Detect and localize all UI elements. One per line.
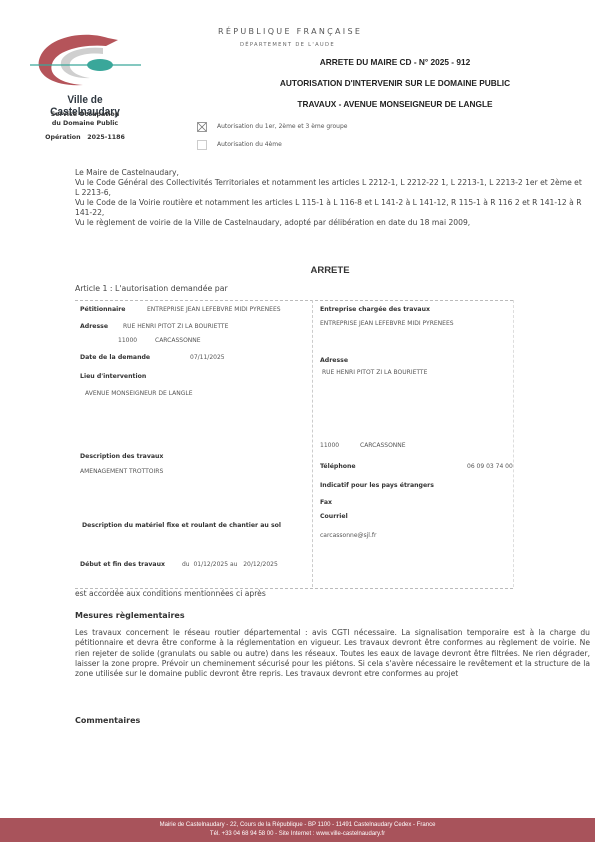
intl-code-label: Indicatif pour les pays étrangers	[320, 482, 434, 489]
contractor-city: CARCASSONNE	[360, 442, 406, 449]
works-dates-label: Début et fin des travaux	[80, 561, 165, 568]
location-value: AVENUE MONSEIGNEUR DE LANGLE	[85, 390, 193, 397]
works-description-label: Description des travaux	[80, 453, 163, 460]
preamble: Le Maire de Castelnaudary, Vu le Code Gé…	[75, 168, 585, 228]
page-footer: Mairie de Castelnaudary - 22, Cours de l…	[0, 818, 595, 842]
regulations-heading: Mesures règlementaires	[75, 611, 185, 620]
department-heading: DÉPARTEMENT DE L'AUDE	[240, 42, 335, 48]
email-label: Courriel	[320, 513, 348, 520]
works-description-value: AMENAGEMENT TROTTOIRS	[80, 468, 163, 475]
arrete-heading: ARRETE	[0, 265, 595, 276]
operation-label: Opération	[45, 134, 80, 141]
contractor-value: ENTREPRISE JEAN LEFEBVRE MIDI PYRENEES	[320, 320, 454, 327]
service-line-2: du Domaine Public	[30, 119, 140, 128]
dates-to-prefix: au	[230, 561, 237, 568]
comments-heading: Commentaires	[75, 716, 140, 725]
petitioner-address-value: RUE HENRI PITOT ZI LA BOURIETTE	[123, 323, 228, 330]
preamble-line: Le Maire de Castelnaudary,	[75, 168, 585, 178]
column-divider	[312, 300, 313, 587]
petitioner-postal-code: 11000	[118, 337, 137, 344]
right-border	[513, 300, 514, 587]
decree-title: ARRETE DU MAIRE CD - N° 2025 - 912	[210, 57, 580, 67]
checkbox-group-1-3[interactable]	[197, 122, 207, 132]
preamble-line: Vu le règlement de voirie de la Ville de…	[75, 218, 585, 228]
petitioner-value: ENTREPRISE JEAN LEFEBVRE MIDI PYRENEES	[147, 306, 281, 313]
petitioner-city: CARCASSONNE	[155, 337, 201, 344]
decree-works-title: TRAVAUX - AVENUE MONSEIGNEUR DE LANGLE	[210, 99, 580, 109]
email-value: carcassonne@sjl.fr	[320, 532, 376, 539]
dates-from-prefix: du	[182, 561, 190, 568]
republic-heading: RÉPUBLIQUE FRANÇAISE	[218, 27, 362, 36]
start-date: 01/12/2025	[193, 561, 228, 568]
request-date-label: Date de la demande	[80, 354, 150, 361]
works-dates-value: du 01/12/2025 au 20/12/2025	[182, 561, 278, 568]
request-date-value: 07/11/2025	[190, 354, 225, 361]
equipment-description-label: Description du matériel fixe et roulant …	[82, 522, 281, 529]
petitioner-label: Pétitionnaire	[80, 306, 126, 313]
service-line-1: Service Occupation	[30, 110, 140, 119]
decree-subtitle: AUTORISATION D'INTERVENIR SUR LE DOMAINE…	[210, 78, 580, 88]
petitioner-address-label: Adresse	[80, 323, 108, 330]
contractor-label: Entreprise chargée des travaux	[320, 306, 430, 313]
contractor-address-label: Adresse	[320, 357, 348, 364]
service-name: Service Occupation du Domaine Public	[30, 110, 140, 128]
checkbox-label-group-1-3: Autorisation du 1er, 2ème et 3 ème group…	[217, 123, 347, 130]
checkmark-x-icon	[197, 122, 207, 132]
operation-number: Opération 2025-1186	[30, 134, 140, 141]
request-details-box	[75, 300, 513, 589]
regulations-text: Les travaux concernent le réseau routier…	[75, 628, 590, 679]
checkbox-label-group-4: Autorisation du 4ème	[217, 141, 282, 148]
preamble-line: Vu le Code Général des Collectivités Ter…	[75, 178, 585, 198]
footer-address: Mairie de Castelnaudary - 22, Cours de l…	[0, 821, 595, 830]
fax-label: Fax	[320, 499, 332, 506]
checkbox-group-4[interactable]	[197, 140, 207, 150]
city-logo-icon	[28, 32, 143, 90]
footer-contact: Tél. +33 04 68 94 58 00 - Site Internet …	[0, 830, 595, 839]
operation-value: 2025-1186	[87, 134, 125, 141]
phone-label: Téléphone	[320, 463, 356, 470]
article-1: Article 1 : L'autorisation demandée par	[75, 284, 228, 293]
preamble-line: Vu le Code de la Voirie routière et nota…	[75, 198, 585, 218]
end-date: 20/12/2025	[243, 561, 278, 568]
granted-text: est accordée aux conditions mentionnées …	[75, 589, 585, 599]
contractor-address-value: RUE HENRI PITOT ZI LA BOURIETTE	[322, 369, 427, 376]
phone-value: 06 09 03 74 00	[467, 463, 513, 470]
contractor-postal-code: 11000	[320, 442, 339, 449]
location-label: Lieu d'intervention	[80, 373, 146, 380]
